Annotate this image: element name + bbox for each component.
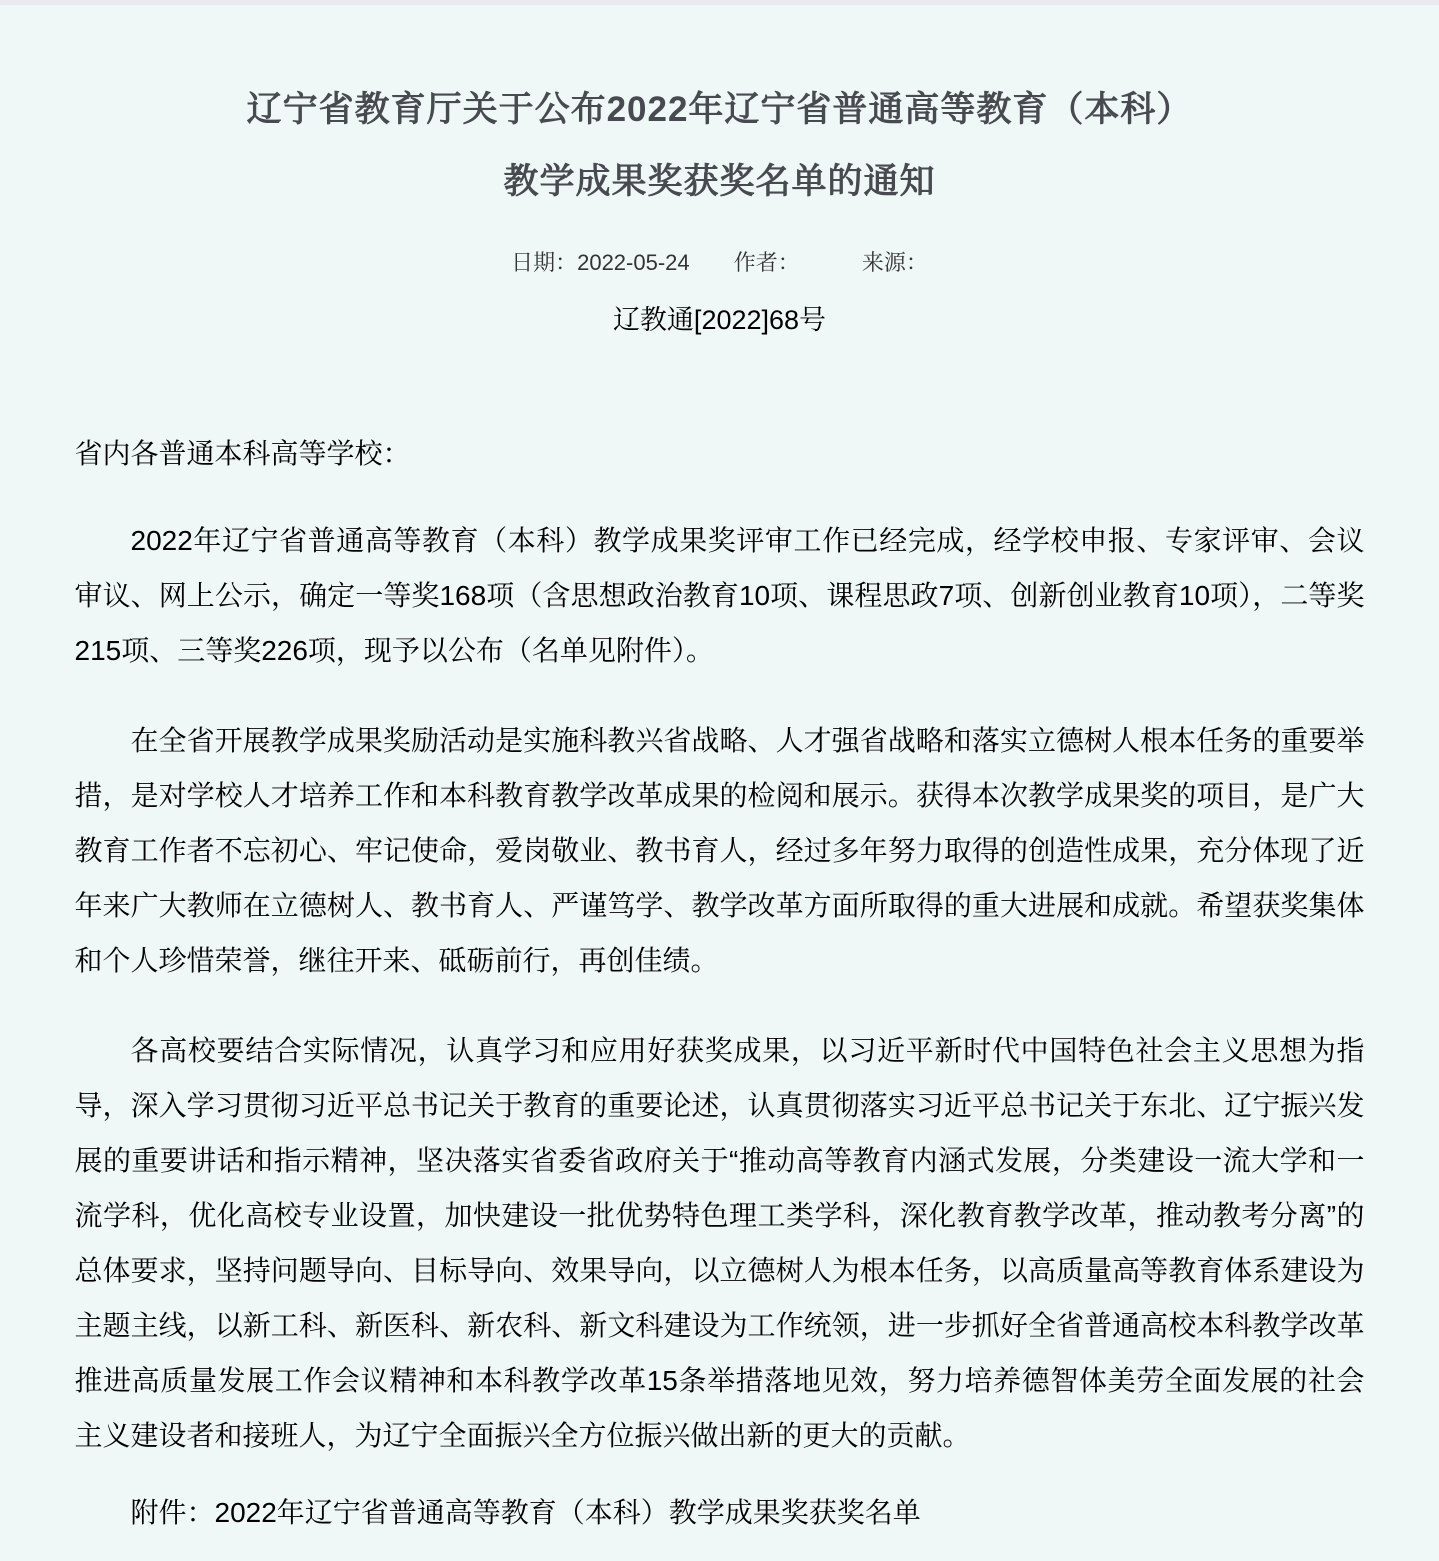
date-value: 2022-05-24: [577, 250, 690, 275]
paragraph-award-significance: 在全省开展教学成果奖励活动是实施科教兴省战略、人才强省战略和落实立德树人根本任务…: [75, 713, 1365, 988]
notice-title-line2: 教学成果奖获奖名单的通知: [75, 146, 1365, 218]
attachment-line: 附件：2022年辽宁省普通高等教育（本科）教学成果奖获奖名单: [75, 1485, 1365, 1540]
doc-number: 辽教通[2022]68号: [75, 302, 1365, 338]
author-label: 作者：: [734, 250, 800, 275]
date-label: 日期：: [511, 250, 577, 275]
source-label: 来源：: [862, 250, 928, 275]
notice-document: 辽宁省教育厅关于公布2022年辽宁省普通高等教育（本科） 教学成果奖获奖名单的通…: [75, 5, 1365, 1560]
page-background: { "page": { "background_color": "#f0f7f7…: [0, 0, 1439, 1561]
meta-row: 日期：2022-05-24 作者： 来源：: [75, 248, 1365, 278]
paragraph-requirements: 各高校要结合实际情况，认真学习和应用好获奖成果，以习近平新时代中国特色社会主义思…: [75, 1023, 1365, 1463]
notice-title: 辽宁省教育厅关于公布2022年辽宁省普通高等教育（本科） 教学成果奖获奖名单的通…: [75, 74, 1365, 218]
salutation: 省内各普通本科高等学校：: [75, 426, 1365, 481]
paragraph-award-results: 2022年辽宁省普通高等教育（本科）教学成果奖评审工作已经完成，经学校申报、专家…: [75, 513, 1365, 678]
notice-title-line1: 辽宁省教育厅关于公布2022年辽宁省普通高等教育（本科）: [75, 74, 1365, 146]
